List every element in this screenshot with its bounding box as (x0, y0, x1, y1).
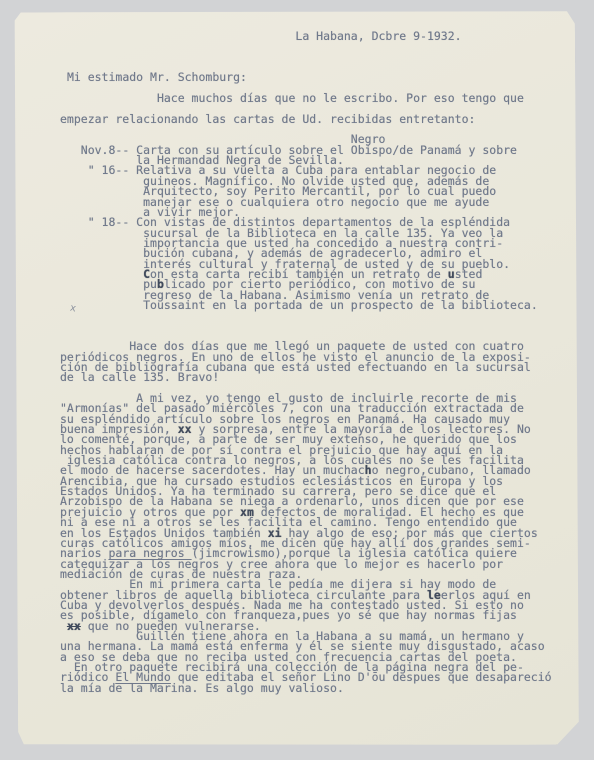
letter-line (60, 52, 552, 62)
scan-viewer: { "colors": { "backdrop": "#d2d3d5", "pa… (0, 0, 594, 760)
letter-line: Hace muchos días que no le escribo. Por … (60, 93, 552, 103)
letter-line (60, 321, 552, 331)
letter-line: Toussaint en la portada de un prospecto … (60, 300, 552, 310)
letter-text: La Habana, Dcbre 9-1932. Mi estimado Mr.… (60, 31, 552, 693)
letter-line: Mi estimado Mr. Schomburg: (60, 72, 552, 82)
letter-line: empezar relacionando las cartas de Ud. r… (60, 114, 552, 124)
letter-line: La Habana, Dcbre 9-1932. (60, 31, 552, 41)
